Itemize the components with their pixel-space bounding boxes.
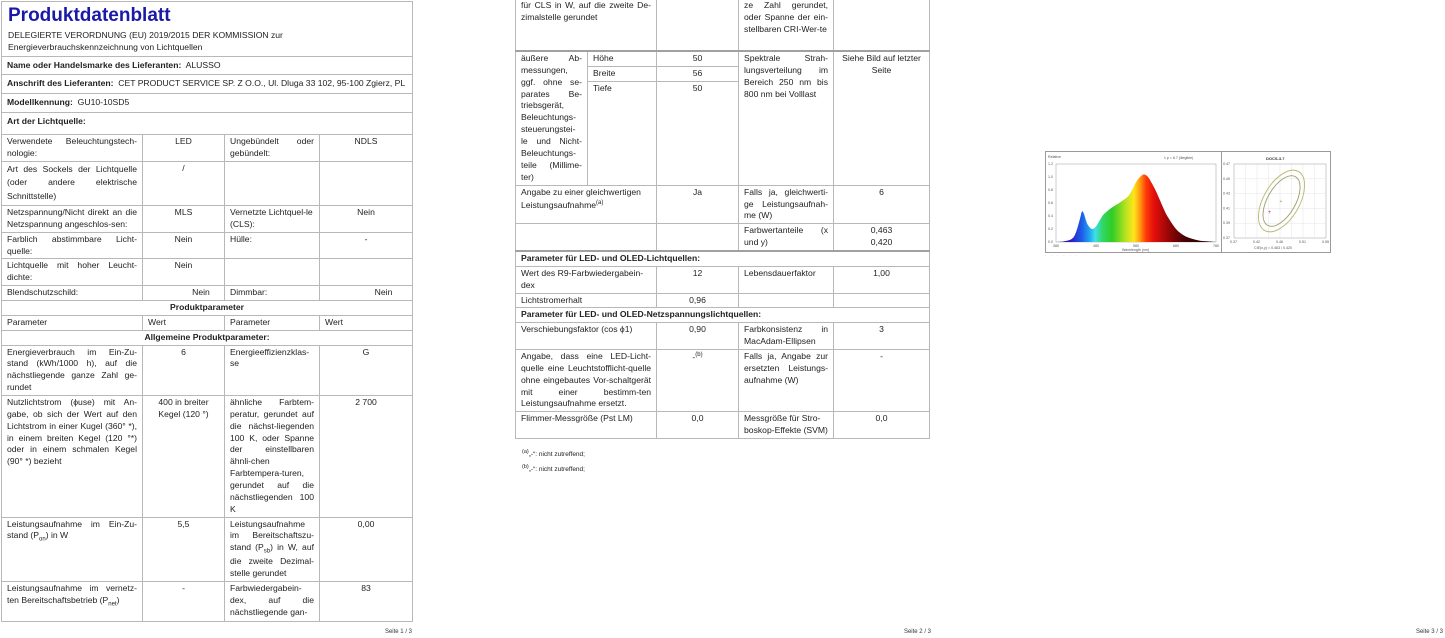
param-label: Lichtstromerhalt (516, 293, 657, 308)
param-label: Vernetzte Lichtquel-le (CLS): (225, 205, 320, 232)
datasheet-page-2: für CLS in W, auf die zweite De-zimalste… (505, 0, 945, 638)
equiv-power-value: 6 (834, 185, 930, 224)
param-label: Lebensdauerfaktor (739, 266, 834, 293)
param-value (657, 0, 739, 51)
param-label: Netzspannung/Nicht direkt an die Netzspa… (2, 205, 143, 232)
svg-text:0.37: 0.37 (1223, 236, 1230, 240)
regulation-line-1: DELEGIERTE VERORDNUNG (EU) 2019/2015 DER… (8, 30, 406, 42)
param-value: 6 (143, 345, 225, 395)
svg-text:DOCS-3.7: DOCS-3.7 (1266, 156, 1285, 161)
column-header: Parameter (225, 315, 320, 330)
spectral-value: Siehe Bild auf letzter Seite (834, 51, 930, 185)
led-param-row: Lichtstromerhalt 0,96 (516, 293, 930, 308)
param-value: 0,0 (657, 412, 739, 439)
dimensions-label: äußere Ab-messungen, ggf. ohne se-parate… (516, 51, 588, 185)
svg-text:0.42: 0.42 (1253, 240, 1260, 244)
spectral-distribution-chart: 0.00.20.40.60.81.01.2380480580680780Wave… (1046, 152, 1222, 252)
param-value: 1,00 (834, 266, 930, 293)
regulation-line-2: Energieverbrauchskennzeichnung von Licht… (8, 42, 406, 54)
param-label (739, 293, 834, 308)
param-value: / (143, 161, 225, 205)
empty-cell (516, 224, 657, 251)
svg-text:0.6: 0.6 (1048, 201, 1053, 205)
param-value: 83 (320, 582, 413, 622)
column-header: Wert (143, 315, 225, 330)
param-label: Energieverbrauch im Ein-Zu-stand (kWh/10… (2, 345, 143, 395)
param-value: 3 (834, 323, 930, 350)
equiv-power-row: Angabe zu einer gleichwertigen Leistungs… (516, 185, 930, 224)
param-value: Nein (143, 259, 225, 286)
chromaticity-label: Farbwertanteile (x und y) (739, 224, 834, 251)
equiv-value: Ja (657, 185, 739, 224)
svg-text:380: 380 (1053, 244, 1059, 248)
param-value (834, 293, 930, 308)
param-label: Hülle: (225, 232, 320, 259)
dimensions-row: äußere Ab-messungen, ggf. ohne se-parate… (516, 51, 930, 66)
dimension-name: Höhe (588, 51, 657, 66)
general-param-row: Leistungsaufnahme im Ein-Zu-stand (Pon) … (2, 517, 413, 581)
datasheet-page-1: Produktdatenblatt DELEGIERTE VERORDNUNG … (0, 0, 430, 638)
general-param-row: Energieverbrauch im Ein-Zu-stand (kWh/10… (2, 345, 413, 395)
param-label: Wert des R9-Farbwiedergabein-dex (516, 266, 657, 293)
svg-text:0.39: 0.39 (1223, 221, 1230, 225)
param-label: Dimmbar: (225, 286, 320, 301)
param-value: Nein (143, 286, 225, 301)
param-value: 5,5 (143, 517, 225, 581)
param-label: Ungebündelt oder gebündelt: (225, 135, 320, 162)
param-value: LED (143, 135, 225, 162)
product-params-heading: Produktparameter (2, 300, 413, 315)
spectral-distribution-svg: 0.00.20.40.60.81.01.2380480580680780Wave… (1046, 152, 1222, 252)
svg-text:+: + (1280, 199, 1283, 205)
param-value: 2 700 (320, 396, 413, 518)
general-params-heading: Allgemeine Produktparameter: (2, 330, 413, 345)
mains-param-row: Verschiebungsfaktor (cos ϕ1) 0,90 Farbko… (516, 323, 930, 350)
param-label: Art des Sockels der Lichtquelle (oder an… (2, 161, 143, 205)
param-value: - (143, 582, 225, 622)
chromaticity-row: Farbwertanteile (x und y) 0,4630,420 (516, 224, 930, 251)
param-value (834, 0, 930, 51)
svg-text:λ p = 6.7 (illegible): λ p = 6.7 (illegible) (1164, 156, 1193, 160)
param-label: Leistungsaufnahme im Ein-Zu-stand (Pon) … (2, 517, 143, 581)
svg-text:0.55: 0.55 (1322, 240, 1329, 244)
param-label: ähnliche Farbtem-peratur, gerundet auf d… (225, 396, 320, 518)
param-label: Leistungsaufnahme im vernetz-ten Bereits… (2, 582, 143, 622)
svg-text:780: 780 (1213, 244, 1219, 248)
footnote-b: (b)„-“: nicht zutreffend; (522, 462, 585, 477)
page-number: Seite 2 / 3 (904, 628, 931, 636)
led-param-row: Wert des R9-Farbwiedergabein-dex 12 Lebe… (516, 266, 930, 293)
param-label (225, 259, 320, 286)
svg-text:0.46: 0.46 (1276, 240, 1283, 244)
dimension-name: Breite (588, 66, 657, 81)
svg-text:0.37: 0.37 (1230, 240, 1237, 244)
param-label: Farbkonsistenz in MacAdam-Ellipsen (739, 323, 834, 350)
supplier-name-value: ALUSSO (186, 60, 221, 70)
param-label: Flimmer-Messgröße (Pst LM) (516, 412, 657, 439)
param-label: Messgröße für Stro-boskop-Effekte (SVM) (739, 412, 834, 439)
svg-text:0.2: 0.2 (1048, 227, 1053, 231)
param-value: 400 in breiter Kegel (120 °) (143, 396, 225, 518)
light-source-type-heading: Art der Lichtquelle: (2, 113, 413, 135)
macadam-ellipse-svg: DOCS-3.7++0.370.390.410.430.450.470.370.… (1222, 152, 1330, 252)
chromaticity-value: 0,4630,420 (834, 224, 930, 251)
supplier-address-label: Anschrift des Lieferanten: (7, 78, 114, 88)
equiv-power-label: Falls ja, gleichwerti-ge Leistungsaufnah… (739, 185, 834, 224)
param-value (320, 259, 413, 286)
svg-text:0.41: 0.41 (1223, 206, 1230, 210)
svg-text:0.45: 0.45 (1223, 177, 1230, 181)
footnotes: (a)„-“: nicht zutreffend; (b)„-“: nicht … (522, 447, 585, 476)
param-value: - (834, 350, 930, 412)
param-label: Farblich abstimmbare Licht-quelle: (2, 232, 143, 259)
svg-text:Wavelength (nm): Wavelength (nm) (1122, 248, 1149, 252)
dimension-value: 56 (657, 66, 739, 81)
supplier-address-value: CET PRODUCT SERVICE SP. Z O.O., Ul. Dlug… (118, 78, 405, 88)
type-row: Lichtquelle mit hoher Leucht-dichte: Nei… (2, 259, 413, 286)
svg-text:+: + (1268, 210, 1272, 216)
param-label: ze Zahl gerundet, oder Spanne der ein-st… (739, 0, 834, 51)
general-param-row: Leistungsaufnahme im vernetz-ten Bereits… (2, 582, 413, 622)
param-value: NDLS (320, 135, 413, 162)
datasheet-page-3: 0.00.20.40.60.81.01.2380480580680780Wave… (960, 0, 1445, 638)
param-label: Farbwiedergabein-dex, auf die nächstlieg… (225, 582, 320, 622)
product-datasheet-table-page-1: Produktdatenblatt DELEGIERTE VERORDNUNG … (1, 1, 413, 622)
column-header: Wert (320, 315, 413, 330)
spectral-label: Spektrale Strah-lungsverteilung im Berei… (739, 51, 834, 185)
type-row: Verwendete Beleuchtungstech-nologie: LED… (2, 135, 413, 162)
svg-text:1.2: 1.2 (1048, 162, 1053, 166)
svg-text:0.43: 0.43 (1223, 192, 1230, 196)
dimension-value: 50 (657, 51, 739, 66)
param-label: für CLS in W, auf die zweite De-zimalste… (516, 0, 657, 51)
led-params-heading: Parameter für LED- und OLED-Lichtquellen… (516, 251, 930, 266)
svg-text:680: 680 (1173, 244, 1179, 248)
param-label: Leistungsaufnahme im Bereitschaftszu-sta… (225, 517, 320, 581)
column-header: Parameter (2, 315, 143, 330)
param-value: 0,0 (834, 412, 930, 439)
svg-text:0.51: 0.51 (1299, 240, 1306, 244)
type-row: Art des Sockels der Lichtquelle (oder an… (2, 161, 413, 205)
param-label: Verschiebungsfaktor (cos ϕ1) (516, 323, 657, 350)
svg-text:CIE(x,y) = 0.463 / 0.420: CIE(x,y) = 0.463 / 0.420 (1254, 246, 1292, 250)
svg-text:0.8: 0.8 (1048, 188, 1053, 192)
supplier-address-row: Anschrift des Lieferanten: CET PRODUCT S… (2, 75, 413, 94)
param-label (225, 161, 320, 205)
param-value: 0,90 (657, 323, 739, 350)
header-cell: Produktdatenblatt DELEGIERTE VERORDNUNG … (2, 2, 413, 57)
param-value: Nein (320, 286, 413, 301)
svg-text:0.4: 0.4 (1048, 214, 1053, 218)
figure-caption: · · · · · · (1045, 254, 1079, 259)
model-row: Modellkennung: GU10-10SD5 (2, 94, 413, 113)
param-value: - (320, 232, 413, 259)
page-number: Seite 1 / 3 (385, 628, 412, 636)
footnote-a: (a)„-“: nicht zutreffend; (522, 447, 585, 462)
param-label: Lichtquelle mit hoher Leucht-dichte: (2, 259, 143, 286)
general-param-row: Nutzlichtstrom (ϕuse) mit An-gabe, ob si… (2, 396, 413, 518)
macadam-ellipse-chart: DOCS-3.7++0.370.390.410.430.450.470.370.… (1222, 152, 1330, 252)
continued-row: für CLS in W, auf die zweite De-zimalste… (516, 0, 930, 51)
param-label: Angabe, dass eine LED-Licht-quelle eine … (516, 350, 657, 412)
param-label: Nutzlichtstrom (ϕuse) mit An-gabe, ob si… (2, 396, 143, 518)
param-value (320, 161, 413, 205)
param-value: 0,96 (657, 293, 739, 308)
supplier-name-label: Name oder Handelsmarke des Lieferanten: (7, 60, 181, 70)
spectral-figure: 0.00.20.40.60.81.01.2380480580680780Wave… (1045, 151, 1331, 253)
column-header-row: Parameter Wert Parameter Wert (2, 315, 413, 330)
param-value: 12 (657, 266, 739, 293)
supplier-name-row: Name oder Handelsmarke des Lieferanten: … (2, 56, 413, 75)
type-row: Netzspannung/Nicht direkt an die Netzspa… (2, 205, 413, 232)
param-label: Verwendete Beleuchtungstech-nologie: (2, 135, 143, 162)
document-title: Produktdatenblatt (8, 5, 406, 27)
svg-text:1.0: 1.0 (1048, 175, 1053, 179)
svg-text:Relative: Relative (1048, 155, 1061, 159)
mains-param-row: Flimmer-Messgröße (Pst LM) 0,0 Messgröße… (516, 412, 930, 439)
param-value: 0,00 (320, 517, 413, 581)
param-label: Energieeffizienzklas-se (225, 345, 320, 395)
product-datasheet-table-page-2: für CLS in W, auf die zweite De-zimalste… (515, 0, 930, 439)
page-number: Seite 3 / 3 (1416, 628, 1443, 636)
empty-cell (657, 224, 739, 251)
param-value: MLS (143, 205, 225, 232)
param-value: G (320, 345, 413, 395)
mains-params-heading: Parameter für LED- und OLED-Netzspannung… (516, 308, 930, 323)
param-value: Nein (143, 232, 225, 259)
model-value: GU10-10SD5 (78, 97, 130, 107)
mains-param-row: Angabe, dass eine LED-Licht-quelle eine … (516, 350, 930, 412)
dimension-value: 50 (657, 81, 739, 185)
dimension-name: Tiefe (588, 81, 657, 185)
type-row: Farblich abstimmbare Licht-quelle: Nein … (2, 232, 413, 259)
svg-text:0.47: 0.47 (1223, 162, 1230, 166)
model-label: Modellkennung: (7, 97, 73, 107)
param-label: Falls ja, Angabe zur ersetzten Leistungs… (739, 350, 834, 412)
param-value: Nein (320, 205, 413, 232)
param-value: -(b) (657, 350, 739, 412)
param-label: Blendschutzschild: (2, 286, 143, 301)
svg-text:480: 480 (1093, 244, 1099, 248)
equiv-label: Angabe zu einer gleichwertigen Leistungs… (516, 185, 657, 224)
type-row: Blendschutzschild: Nein Dimmbar: Nein (2, 286, 413, 301)
